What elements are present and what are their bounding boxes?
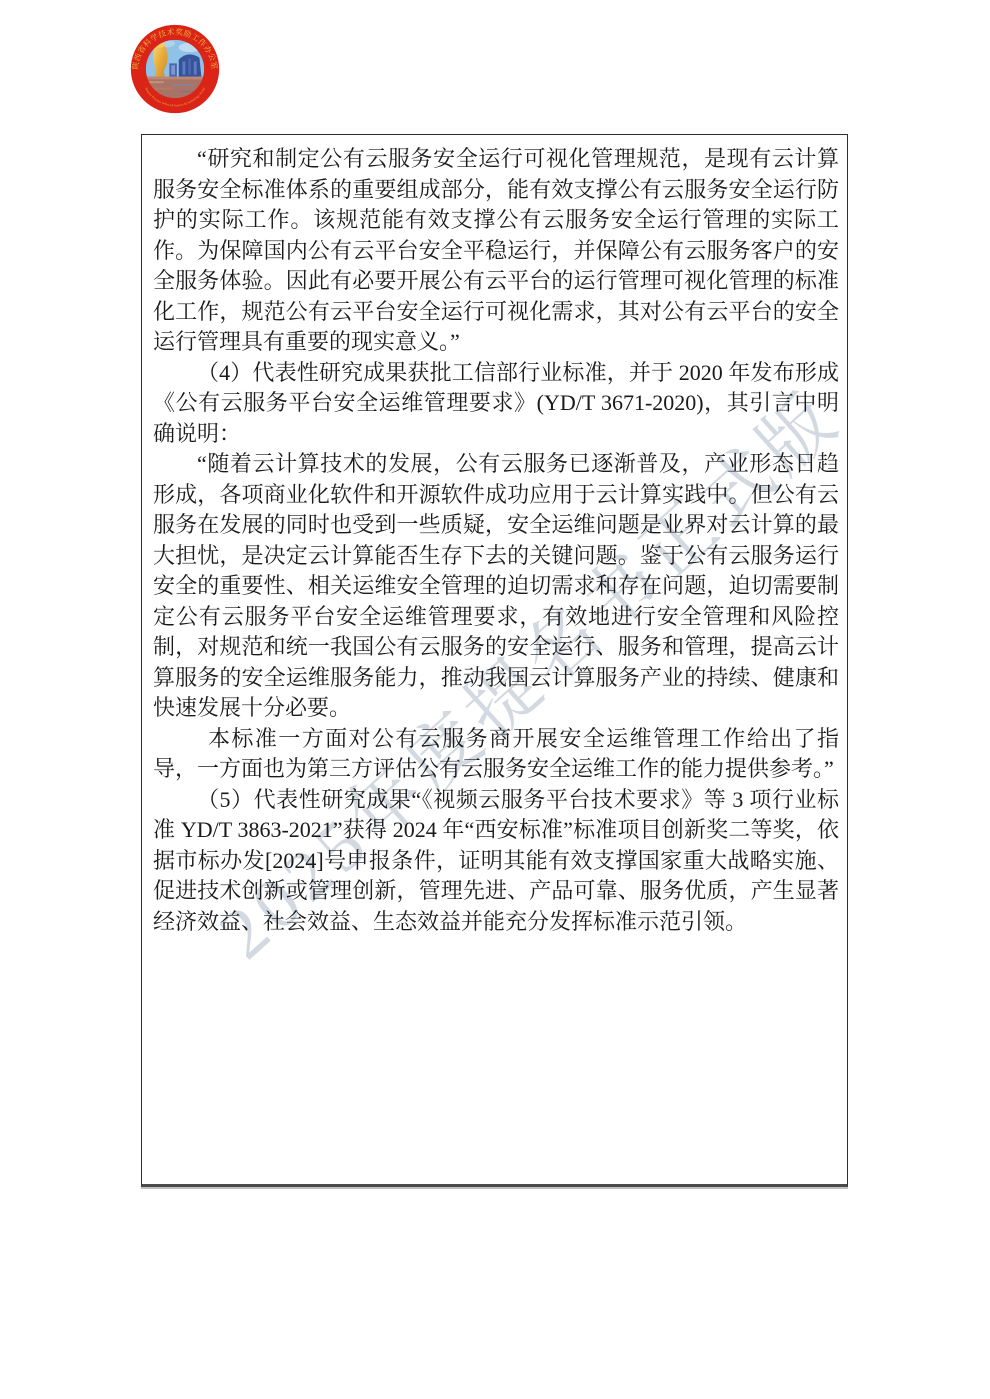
paragraph-p2: （4）代表性研究成果获批工信部行业标准，并于 2020 年发布形成《公有云服务平… <box>153 358 839 450</box>
document-text-cell: “研究和制定公有云服务安全运行可视化管理规范，是现有云计算服务安全标准体系的重要… <box>141 134 848 1187</box>
document-page: 陕西省科学技术奖励工作办公室 Shaanxi Province Office O… <box>0 0 990 1399</box>
award-office-seal-logo: 陕西省科学技术奖励工作办公室 Shaanxi Province Office O… <box>128 22 222 116</box>
seal-center-photo <box>146 40 204 98</box>
seal-graphic: 陕西省科学技术奖励工作办公室 Shaanxi Province Office O… <box>128 22 222 116</box>
paragraph-p5: （5）代表性研究成果“《视频云服务平台技术要求》等 3 项行业标准 YD/T 3… <box>153 785 839 938</box>
paragraph-p1: “研究和制定公有云服务安全运行可视化管理规范，是现有云计算服务安全标准体系的重要… <box>153 144 839 358</box>
document-paragraphs: “研究和制定公有云服务安全运行可视化管理规范，是现有云计算服务安全标准体系的重要… <box>153 144 839 937</box>
paragraph-p4: 本标准一方面对公有云服务商开展安全运维管理工作给出了指导，一方面也为第三方评估公… <box>153 724 839 785</box>
paragraph-p3: “随着云计算技术的发展，公有云服务已逐渐普及，产业形态日趋形成，各项商业化软件和… <box>153 449 839 724</box>
